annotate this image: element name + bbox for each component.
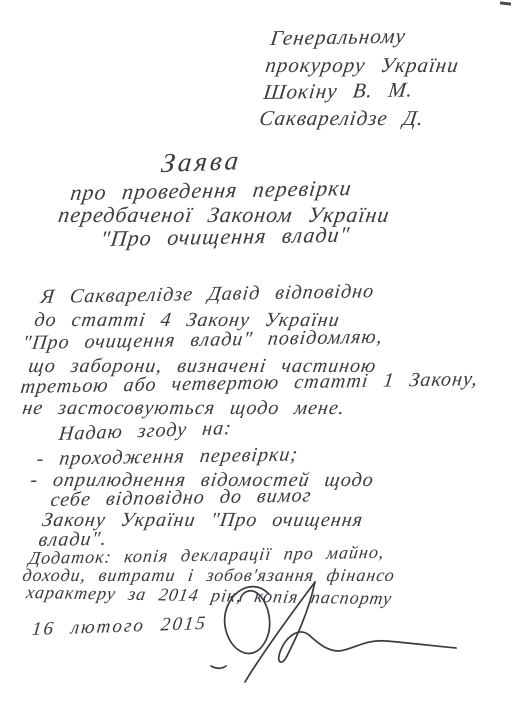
recipient-line: Сакварелідзе Д.: [258, 108, 425, 129]
statement-line: "Про очищення влади" повідомляю,: [22, 327, 384, 353]
consent-line: Надаю згоду на:: [58, 418, 233, 444]
scanned-document-page: Генеральному прокурору України Шокіну В.…: [0, 0, 514, 715]
title-line: "Про очищення влади": [99, 224, 351, 250]
consent-line: Закону України "Про очищення: [41, 510, 364, 530]
consent-bullet-line: - проходження перевірки;: [36, 444, 300, 469]
document-title: Заява: [160, 147, 243, 177]
recipient-line: Шокіну В. М.: [262, 79, 414, 103]
statement-line: не застосовуються щодо мене.: [21, 398, 346, 418]
scan-edge-artifact: [500, 1, 511, 5]
statement-line: Я Сакварелідзе Давід відповідно: [40, 281, 376, 307]
date-line: 16 лютого 2015: [31, 614, 208, 639]
attachment-line: Додаток: копія декларації про майно,: [28, 543, 386, 567]
signature-flourish-icon: [205, 578, 460, 693]
title-line: про проведення перевірки: [69, 177, 353, 204]
recipient-line: Генеральному: [269, 26, 407, 49]
consent-line: себе відповідно до вимог: [50, 485, 313, 510]
recipient-line: прокурору України: [264, 55, 460, 76]
